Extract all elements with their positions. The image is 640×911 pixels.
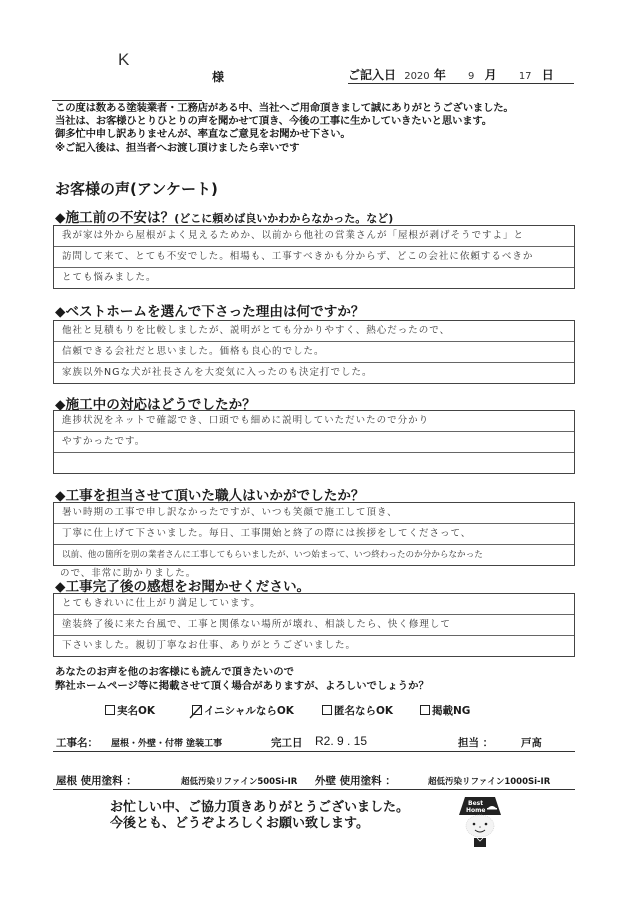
answer-line: 信頼できる会社だと思いました。価格も良心的でした。 — [54, 342, 574, 363]
question-title: ◆工事を担当させて頂いた職人はいかがでしたか？ — [55, 484, 365, 504]
entry-date: ご記入日 2020 年 9 月 17 日 — [348, 66, 574, 84]
svg-text:Home: Home — [466, 807, 485, 814]
checkbox-icon[interactable] — [420, 705, 430, 715]
answer-line: とてもきれいに仕上がり満足しています。 — [54, 594, 574, 615]
option-no-publish[interactable]: 掲載NG — [420, 703, 470, 718]
wall-paint-value: 超低汚染リファイン1000Si-IR — [428, 775, 550, 787]
answer-line: 丁寧に仕上げて下さいました。毎日、工事開始と終了の際には挨拶をしてくださって、 — [54, 524, 574, 545]
consent-text: あなたのお声を他のお客様にも読んで頂きたいので 弊社ホームページ等に掲載させて頂… — [55, 665, 429, 693]
answer-line: 下さいました。親切丁寧なお仕事、ありがとうございました。 — [54, 636, 574, 656]
answer-box: 暑い時期の工事で申し訳なかったですが、いつも笑顔で施工して頂き、 丁寧に仕上げて… — [53, 502, 575, 566]
answer-box: とてもきれいに仕上がり満足しています。 塗装終了後に来た台風で、工事と関係ない場… — [53, 593, 575, 657]
completion-label: 完工日 — [271, 735, 303, 750]
answer-line — [54, 453, 574, 473]
intro-line: 当社は、お客様ひとりひとりの声を聞かせて頂き、今後の工事に生かしていきたいと思い… — [55, 115, 514, 128]
svg-text:Best: Best — [468, 800, 483, 807]
roof-paint-label: 屋根 使用塗料 ： — [56, 773, 137, 788]
intro-line: この度は数ある塗装業者・工務店がある中、当社へご用命頂きまして誠にありがとうござ… — [55, 102, 514, 115]
option-initials[interactable]: イニシャルならOK — [192, 703, 294, 718]
checkbox-icon[interactable] — [105, 705, 115, 715]
answer-line: 塗装終了後に来た台風で、工事と関係ない場所が壊れ、相談したら、快く修理して — [54, 615, 574, 636]
checkbox-checked-icon[interactable] — [192, 705, 202, 715]
survey-title: お客様の声(アンケート) — [55, 178, 218, 199]
intro-line: 御多忙中申し訳ありませんが、率直なご意見をお聞かせ下さい。 — [55, 128, 514, 141]
checkmark-icon — [189, 705, 203, 719]
roof-paint-value: 超低汚染リファイン500Si-IR — [181, 775, 297, 787]
intro-text: この度は数ある塗装業者・工務店がある中、当社へご用命頂きまして誠にありがとうござ… — [55, 102, 514, 155]
work-name-label: 工事名： — [56, 735, 98, 750]
answer-box: 進捗状況をネットで確認でき、口頭でも細めに説明していただいたので分かり やすかっ… — [53, 410, 575, 474]
day-unit: 日 — [542, 66, 554, 83]
answer-line: やすかったです。 — [54, 432, 574, 453]
closing-message: お忙しい中、ご協力頂きありがとうございました。 今後とも、どうぞよろしくお願い致… — [110, 800, 409, 832]
option-real-name[interactable]: 実名OK — [105, 703, 155, 718]
staff-label: 担当 ： — [458, 735, 493, 750]
intro-line: ※ご記入後は、担当者へお渡し頂けましたら幸いです — [55, 142, 514, 155]
mascot-icon: Best Home — [455, 795, 505, 850]
date-month: 9 — [468, 71, 474, 82]
answer-line: 暑い時期の工事で申し訳なかったですが、いつも笑顔で施工して頂き、 — [54, 503, 574, 524]
option-anonymous[interactable]: 匿名ならOK — [322, 703, 393, 718]
answer-box: 我が家は外から屋根がよく見えるためか、以前から他社の営業さんが「屋根が剥げそうで… — [53, 225, 575, 289]
question-title: ◆工事完了後の感想をお聞かせください。 — [55, 575, 310, 595]
question-title: ◆ベストホームを選んで下さった理由は何ですか？ — [55, 300, 365, 320]
customer-name-line — [52, 78, 202, 101]
answer-line: 進捗状況をネットで確認でき、口頭でも細めに説明していただいたので分かり — [54, 411, 574, 432]
date-year: 2020 — [404, 71, 429, 82]
best-home-mascot-logo: Best Home — [455, 795, 505, 850]
answer-line: 他社と見積もりを比較しましたが、説明がとても分かりやすく、熱心だったので、 — [54, 321, 574, 342]
completion-date: R2. 9 . 15 — [315, 734, 367, 748]
paint-info: 屋根 使用塗料 ： 超低汚染リファイン500Si-IR 外壁 使用塗料 ： 超低… — [53, 772, 575, 790]
answer-box: 他社と見積もりを比較しましたが、説明がとても分かりやすく、熱心だったので、 信頼… — [53, 320, 575, 384]
staff-name: 戸髙 — [521, 735, 542, 750]
question-title: ◆施工前の不安は？(どこに頼めば良いかわからなかった。など) — [55, 206, 393, 226]
honorific: 様 — [212, 68, 224, 85]
answer-line: 家族以外NGな犬が社長さんを大変気に入ったのも決定打でした。 — [54, 363, 574, 383]
work-name-value: 屋根・外壁・付帯 塗装工事 — [111, 736, 222, 749]
work-info: 工事名： 屋根・外壁・付帯 塗装工事 完工日 R2. 9 . 15 担当 ： 戸… — [53, 733, 575, 752]
date-label: ご記入日 — [348, 66, 396, 83]
wall-paint-label: 外壁 使用塗料 ： — [315, 773, 396, 788]
customer-name: K — [118, 50, 130, 70]
date-day: 17 — [519, 71, 532, 82]
year-unit: 年 — [434, 66, 446, 83]
month-unit: 月 — [485, 66, 497, 83]
answer-line: 訪問して来て、とても不安でした。相場も、工事すべきかも分からず、どこの会社に依頼… — [54, 247, 574, 268]
answer-line: 以前、他の箇所を別の業者さんに工事してもらいましたが、いつ始まって、いつ終わった… — [54, 545, 574, 565]
checkbox-icon[interactable] — [322, 705, 332, 715]
answer-line: とても悩みました。 — [54, 268, 574, 288]
answer-line: 我が家は外から屋根がよく見えるためか、以前から他社の営業さんが「屋根が剥げそうで… — [54, 226, 574, 247]
